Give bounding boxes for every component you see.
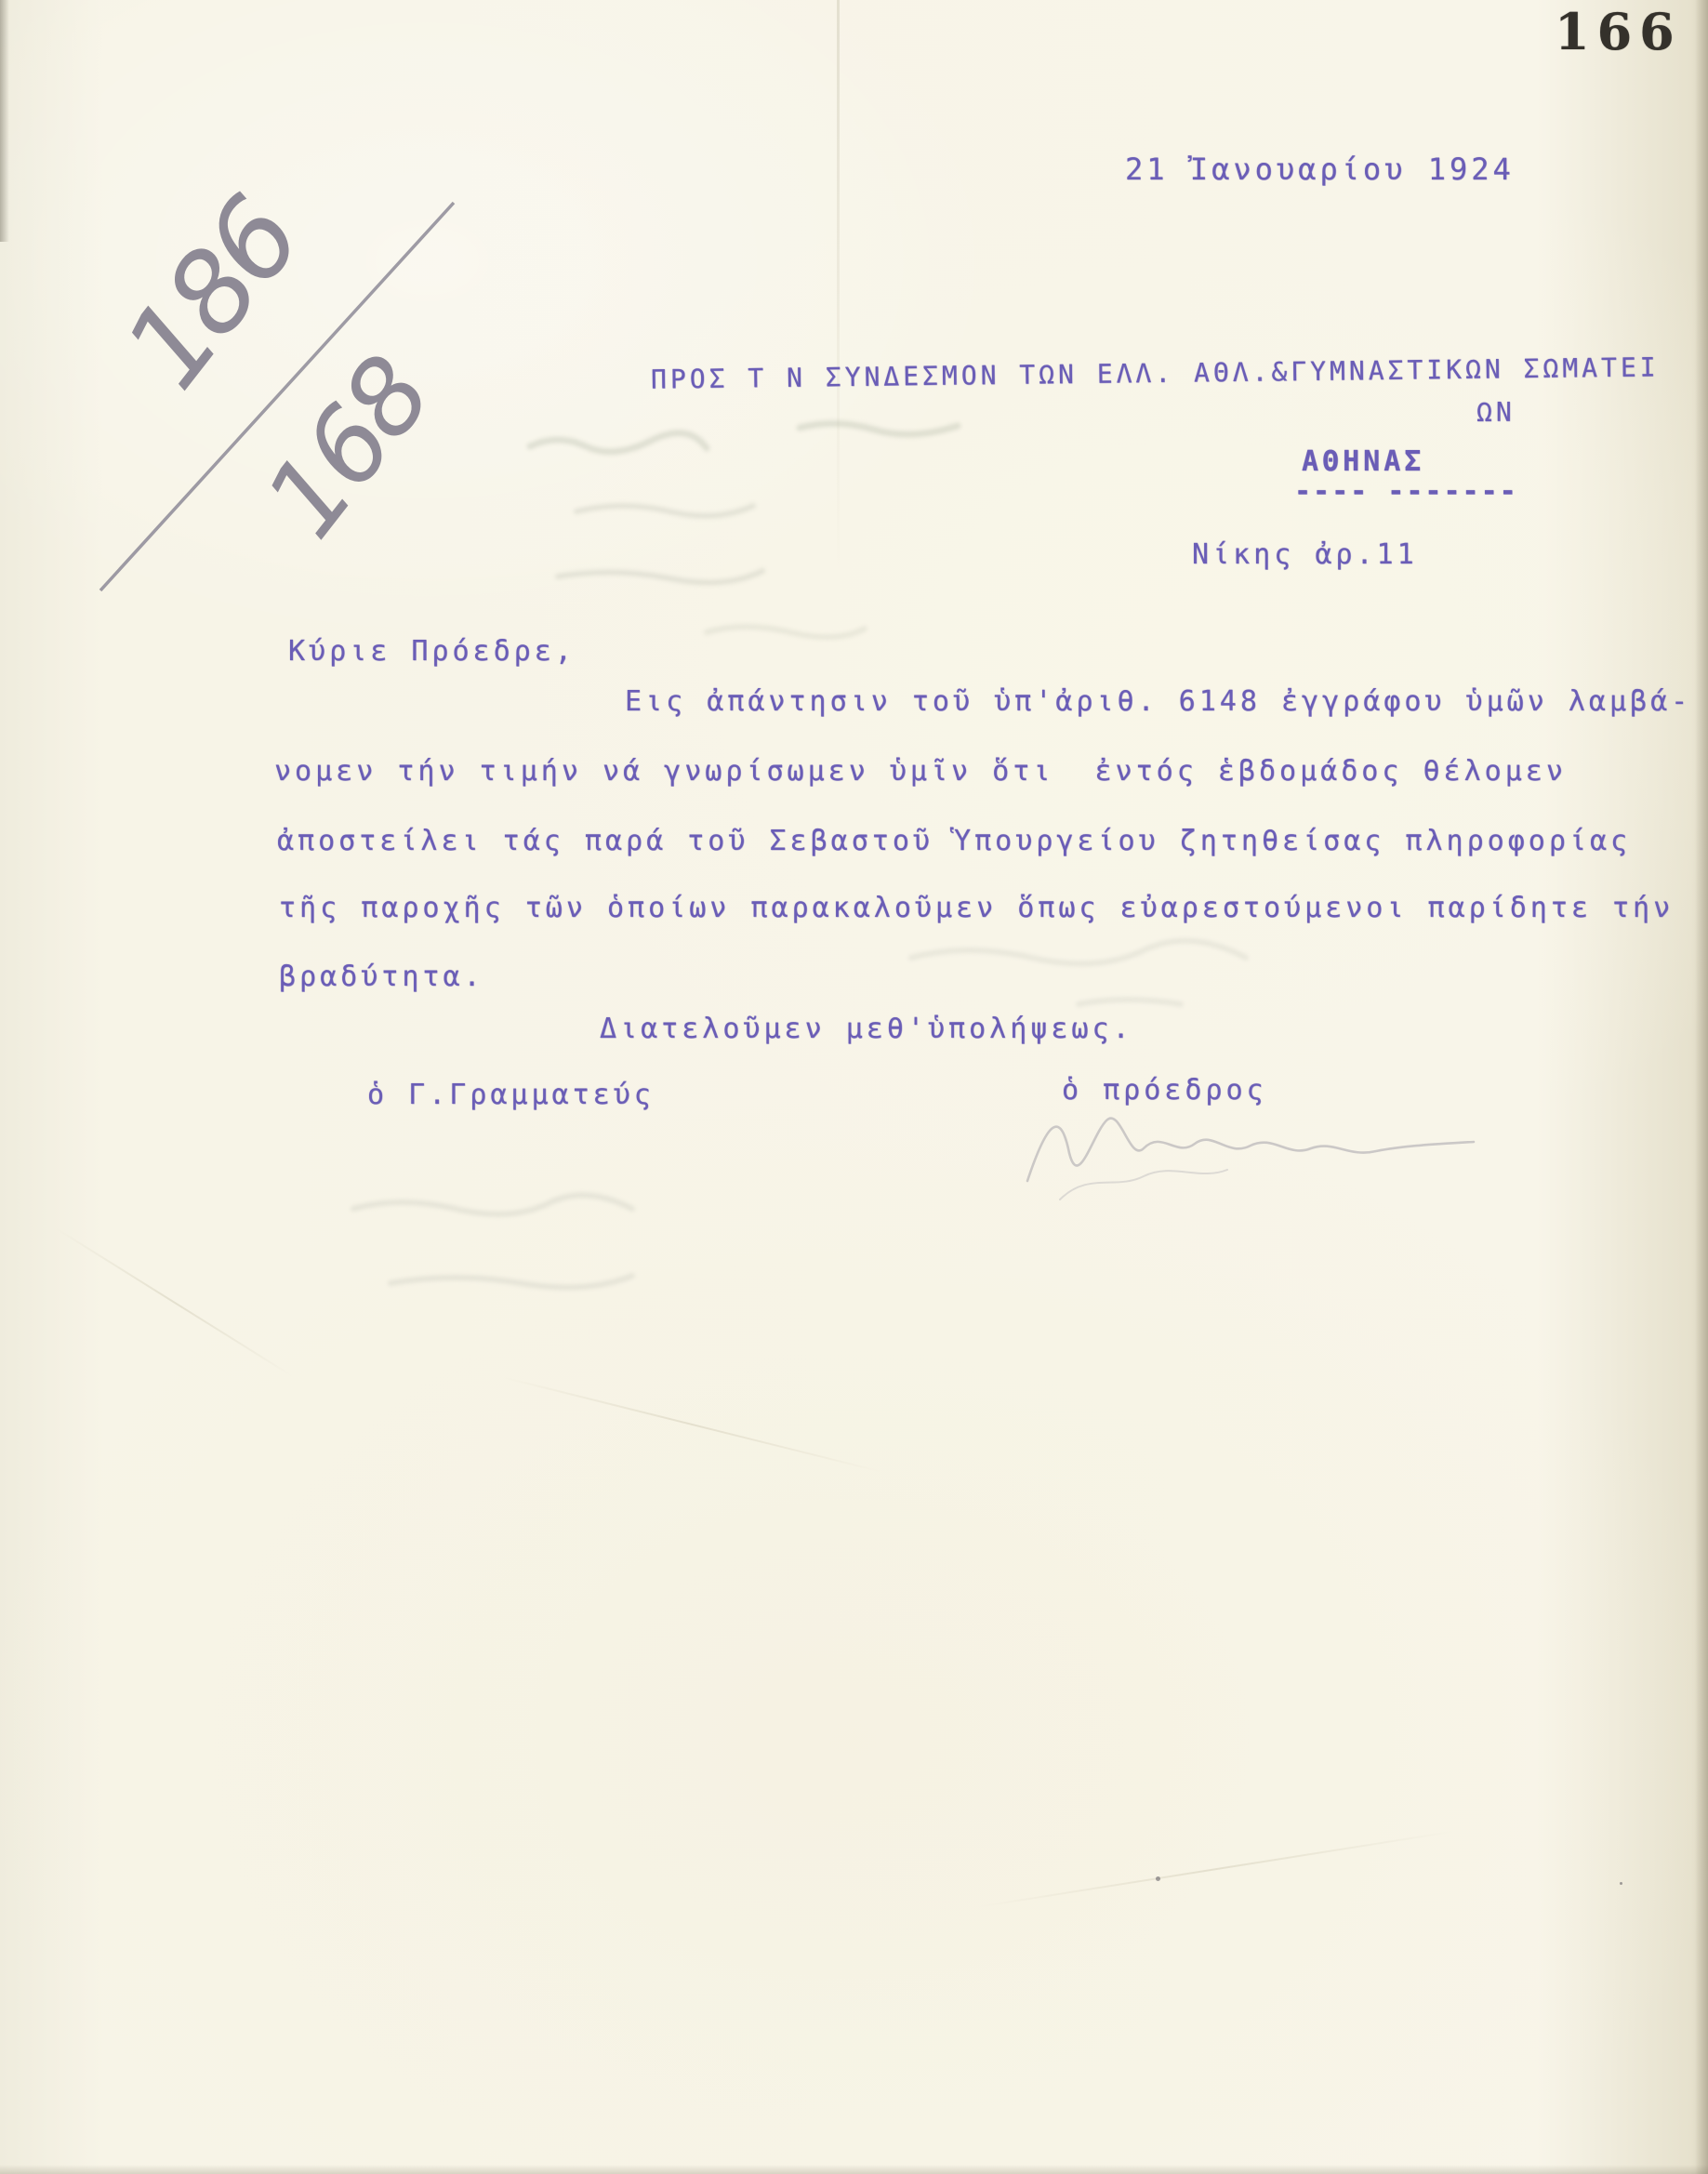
pencil-number-bottom: 168 [243,338,454,560]
paper-crease [837,0,840,577]
scanned-letter-page: 166 186 168 21 Ἰανουαρίου 1924 ΠΡΟΣ Τ Ν … [0,0,1708,2174]
body-line: τῆς παροχῆς τῶν ὁποίων παρακαλοῦμεν ὅπως… [279,895,1674,922]
paper-crease [502,1376,881,1473]
recipient-line-wrap: ΩΝ [1476,400,1516,426]
body-line: βραδύτητα. [279,963,484,991]
ink-speck [1156,1876,1160,1881]
salutation: Κύριε Πρόεδρε, [288,638,576,666]
letter-date: 21 Ἰανουαρίου 1924 [1125,154,1515,184]
scan-edge-shadow-right [1695,0,1708,2174]
scan-edge-shadow-left [0,0,9,242]
body-line: νομεν τήν τιμήν νά γνωρίσωμεν ὑμῖν ὅτι ἐ… [274,758,1567,786]
bleed-through-smudge [893,911,1413,1023]
bleed-through-smudge [521,409,1004,651]
signature-title-secretary: ὁ Γ.Γραμματεύς [367,1081,655,1109]
scan-edge-shadow-bottom [0,2165,1708,2174]
body-line: Εις ἀπάντησιν τοῦ ὑπ'ἀριθ. 6148 ἐγγράφου… [625,688,1691,716]
pencil-annotation: 186 168 [74,177,502,614]
paper-crease [976,1831,1454,1908]
closing-line: Διατελοῦμεν μεθ'ὑπολήψεως. [600,1015,1133,1043]
bleed-through-smudge [335,1153,893,1339]
recipient-city-underline: ---- ------- [1294,478,1518,506]
ink-speck [1620,1882,1622,1885]
page-number-stamp: 166 [1555,2,1682,61]
president-signature [1004,1069,1488,1218]
recipient-line: ΠΡΟΣ Τ Ν ΣΥΝΔΕΣΜΟΝ ΤΩΝ ΕΛΛ. ΑΘΛ.&ΓΥΜΝΑΣΤ… [651,354,1660,392]
paper-crease [55,1227,292,1377]
pencil-number-top: 186 [100,177,324,412]
body-line: ἀποστείλει τάς παρά τοῦ Σεβαστοῦ Ὑπουργε… [277,828,1631,855]
recipient-street: Νίκης ἀρ.11 [1192,541,1418,569]
recipient-city: ΑΘΗΝΑΣ [1302,448,1424,476]
